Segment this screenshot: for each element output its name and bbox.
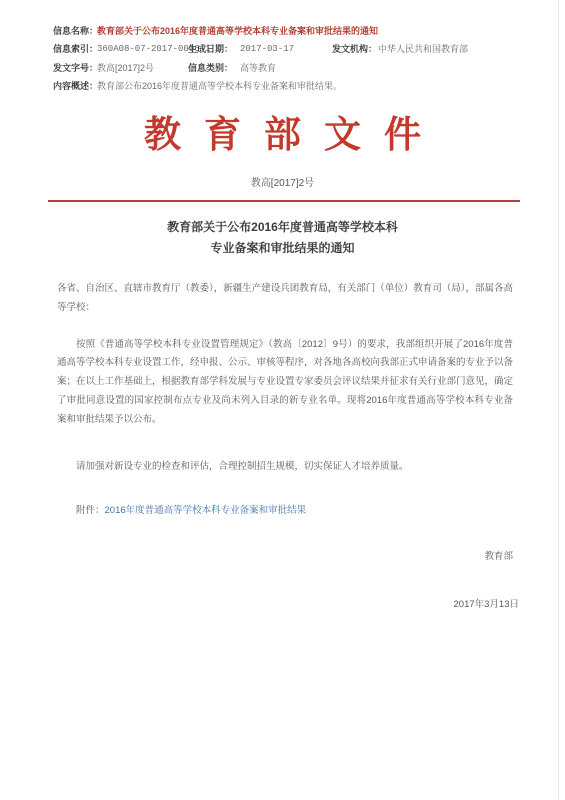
meta-label-index: 信息索引： <box>53 40 98 58</box>
notice-title-line1: 教育部关于公布2016年度普通高等学校本科 <box>0 217 565 238</box>
meta-label-name: 信息名称： <box>53 22 98 40</box>
red-divider <box>48 200 520 202</box>
meta-row-docnum: 发文字号： 教高[2017]2号 信息类别： 高等教育 <box>53 59 543 77</box>
meta-row-index: 信息索引： 360A08-07-2017-0006-1 生成日期： 2017-0… <box>53 40 543 58</box>
meta-row-name: 信息名称： 教育部关于公布2016年度普通高等学校本科专业备案和审批结果的通知 <box>53 22 543 40</box>
sign-date: 2017年3月13日 <box>57 596 519 615</box>
meta-label-agency: 发文机构： <box>332 40 377 58</box>
signer-name: 教育部 <box>57 548 513 567</box>
meta-label-category: 信息类别： <box>188 59 233 77</box>
notice-title: 教育部关于公布2016年度普通高等学校本科 专业备案和审批结果的通知 <box>0 217 565 259</box>
meta-row-summary: 内容概述： 教育部公布2016年度普通高等学校本科专业备案和审批结果。 <box>53 77 543 95</box>
meta-value-name: 教育部关于公布2016年度普通高等学校本科专业备案和审批结果的通知 <box>97 22 378 40</box>
salutation: 各省、自治区、直辖市教育厅（教委），新疆生产建设兵团教育局，有关部门（单位）教育… <box>57 280 513 318</box>
ministry-masthead: 教育部文件 <box>0 110 565 158</box>
meta-value-doc-number: 教高[2017]2号 <box>97 59 154 77</box>
meta-value-agency: 中华人民共和国教育部 <box>378 40 468 58</box>
meta-label-doc-number: 发文字号： <box>53 59 98 77</box>
meta-value-gen-date: 2017-03-17 <box>240 40 294 58</box>
meta-label-gen-date: 生成日期： <box>188 40 233 58</box>
attachment-line: 附件：2016年度普通高等学校本科专业备案和审批结果 <box>57 502 513 521</box>
attachment-label: 附件： <box>76 505 105 516</box>
notice-title-line2: 专业备案和审批结果的通知 <box>0 238 565 259</box>
notice-body: 各省、自治区、直辖市教育厅（教委），新疆生产建设兵团教育局，有关部门（单位）教育… <box>57 280 513 615</box>
paragraph-2: 请加强对新设专业的检查和评估，合理控制招生规模，切实保证人才培养质量。 <box>57 458 513 477</box>
doc-number: 教高[2017]2号 <box>0 177 565 191</box>
attachment-link[interactable]: 2016年度普通高等学校本科专业备案和审批结果 <box>105 505 307 516</box>
meta-value-category: 高等教育 <box>240 59 276 77</box>
document-page: 信息名称： 教育部关于公布2016年度普通高等学校本科专业备案和审批结果的通知 … <box>0 0 565 800</box>
meta-value-summary: 教育部公布2016年度普通高等学校本科专业备案和审批结果。 <box>97 77 342 95</box>
paragraph-1: 按照《普通高等学校本科专业设置管理规定》（教高〔2012〕9号）的要求，我部组织… <box>57 336 513 430</box>
document-metadata: 信息名称： 教育部关于公布2016年度普通高等学校本科专业备案和审批结果的通知 … <box>53 22 543 96</box>
meta-label-summary: 内容概述： <box>53 77 98 95</box>
